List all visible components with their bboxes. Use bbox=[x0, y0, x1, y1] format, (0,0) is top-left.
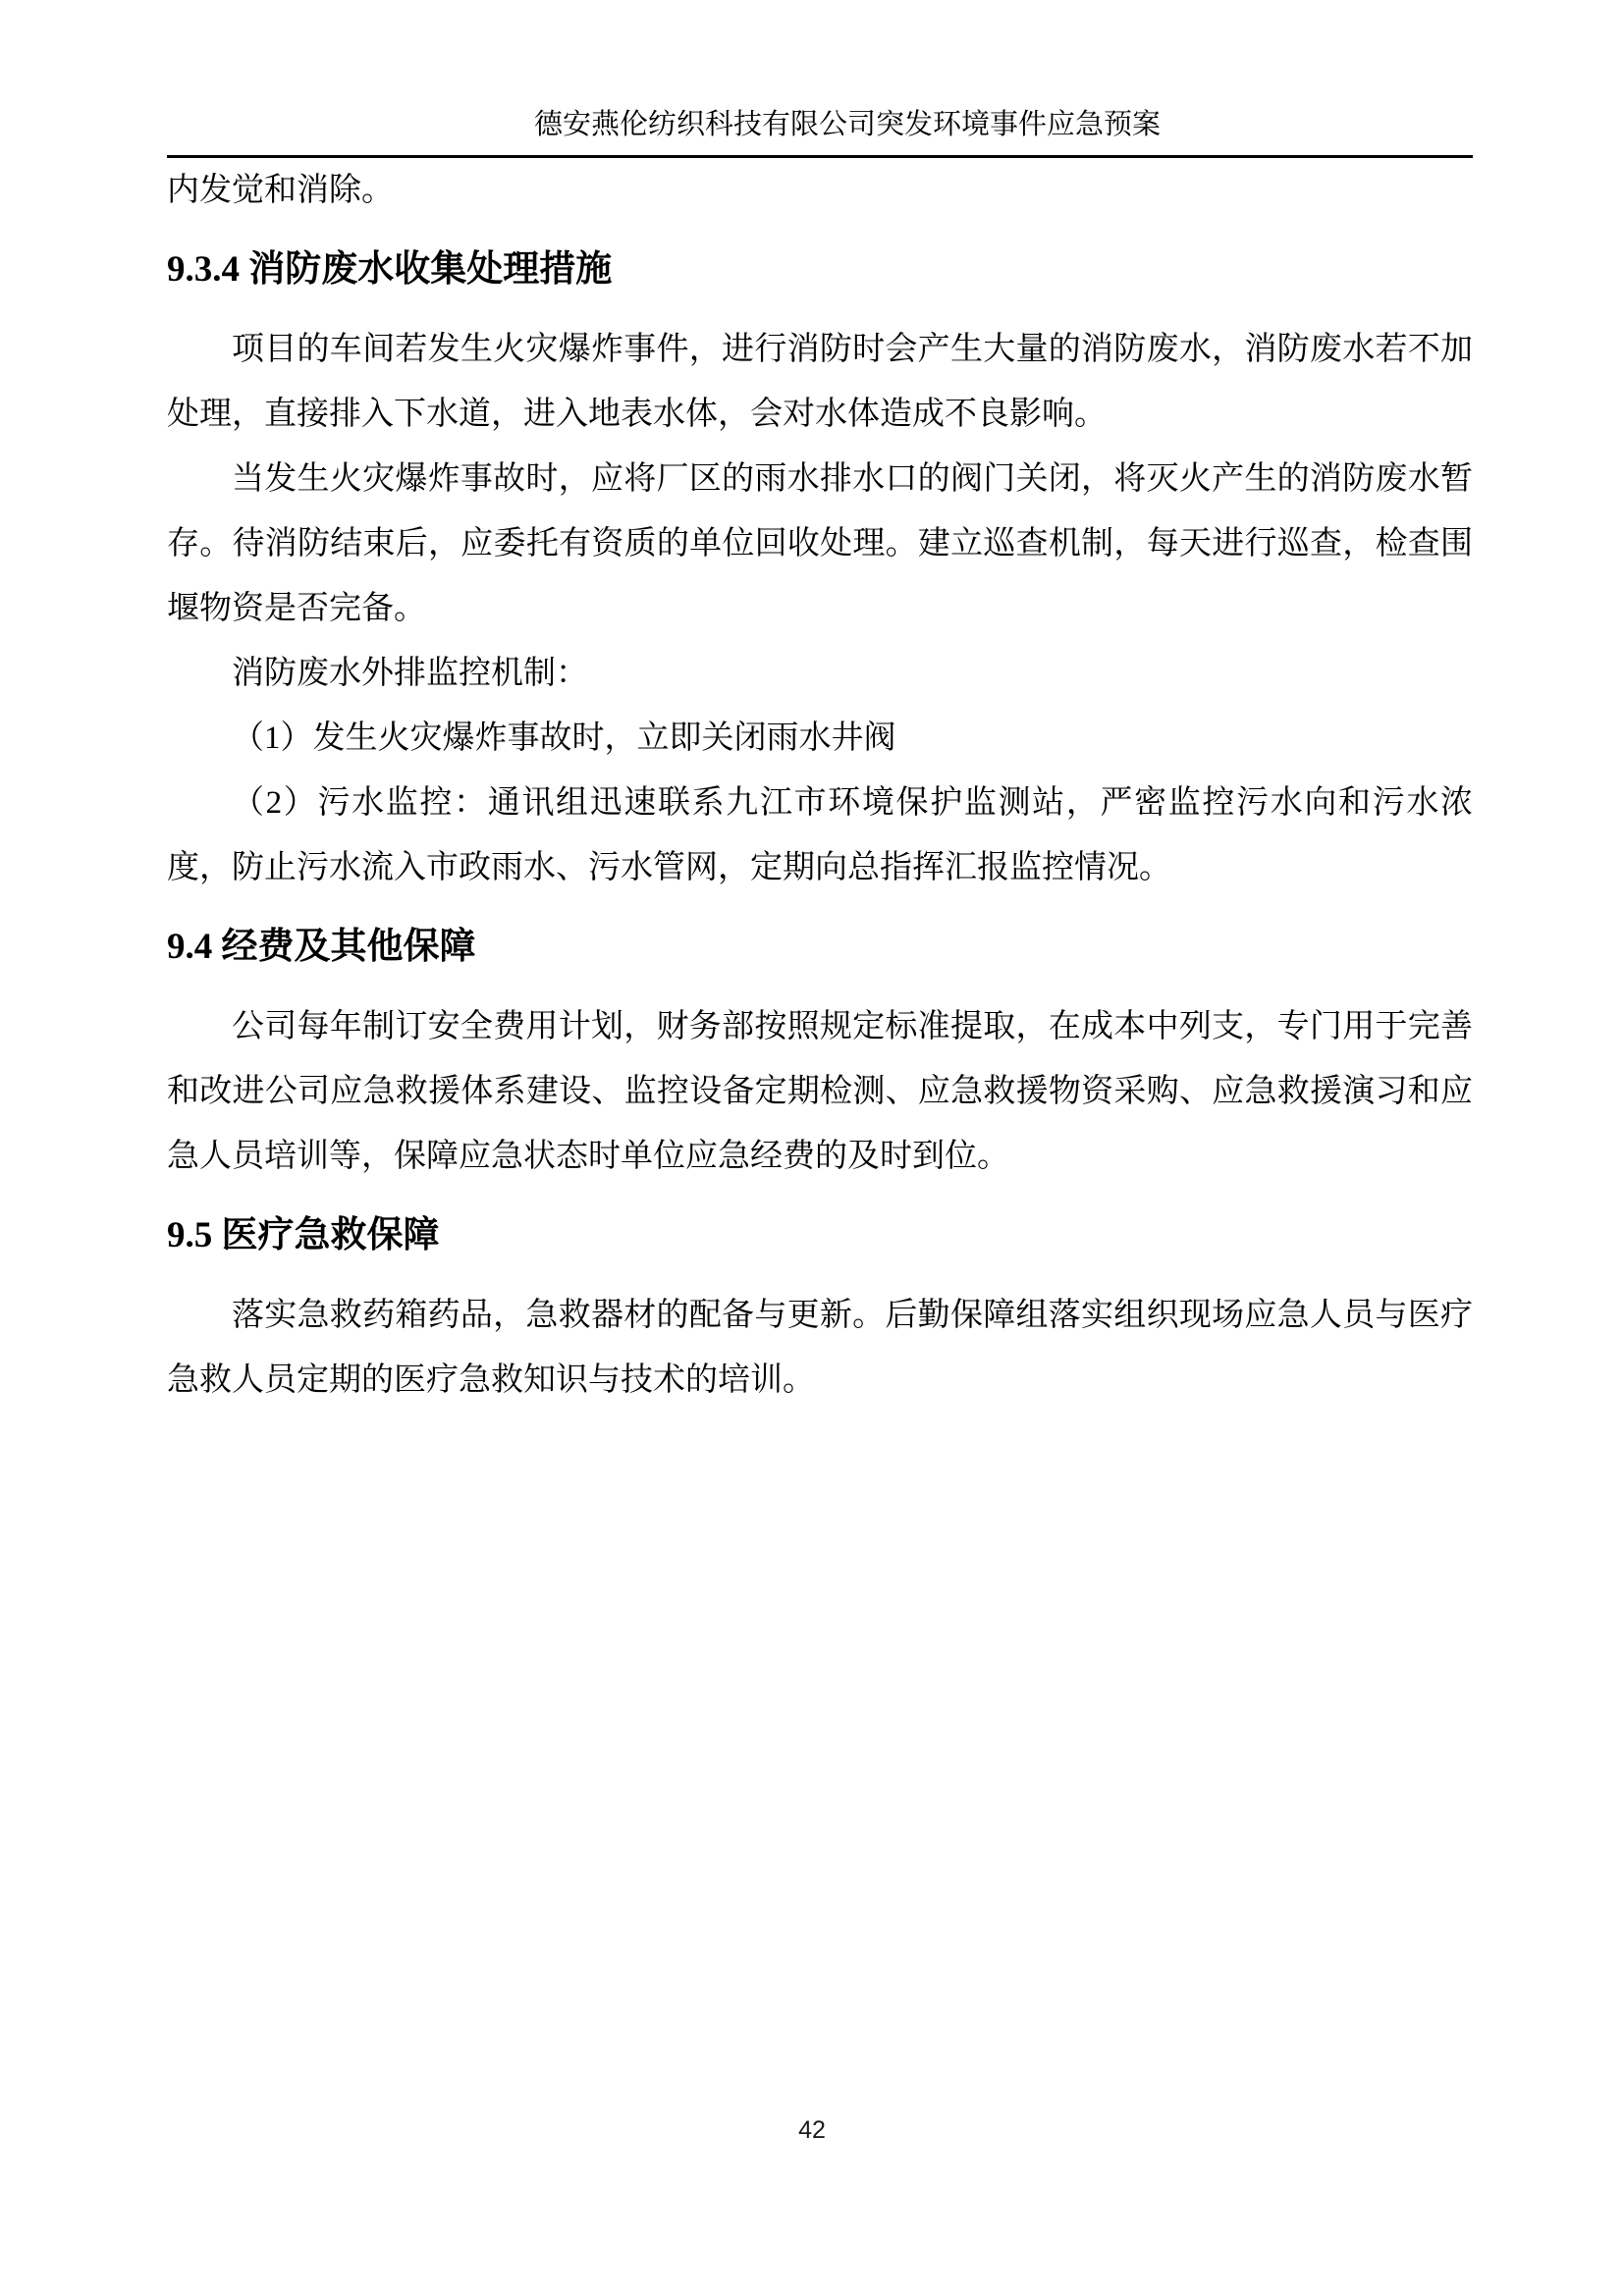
header-title: 德安燕伦纺织科技有限公司突发环境事件应急预案 bbox=[167, 104, 1473, 145]
document-page: 德安燕伦纺织科技有限公司突发环境事件应急预案 内发觉和消除。 9.3.4 消防废… bbox=[0, 0, 1624, 2296]
document-content: 内发觉和消除。 9.3.4 消防废水收集处理措施 项目的车间若发生火灾爆炸事件，… bbox=[167, 158, 1473, 1413]
paragraph-fire-wastewater-impact: 项目的车间若发生火灾爆炸事件，进行消防时会产生大量的消防废水，消防废水若不加处理… bbox=[167, 317, 1473, 447]
paragraph-monitoring-mechanism-intro: 消防废水外排监控机制： bbox=[167, 641, 1473, 706]
continuation-paragraph: 内发觉和消除。 bbox=[167, 158, 1473, 223]
page-header: 德安燕伦纺织科技有限公司突发环境事件应急预案 bbox=[167, 0, 1473, 158]
paragraph-valve-closure-storage: 当发生火灾爆炸事故时，应将厂区的雨水排水口的阀门关闭，将灭火产生的消防废水暂存。… bbox=[167, 447, 1473, 641]
section-heading-9-5: 9.5 医疗急救保障 bbox=[167, 1208, 1473, 1263]
section-heading-9-4: 9.4 经费及其他保障 bbox=[167, 920, 1473, 975]
paragraph-medical-rescue-guarantee: 落实急救药箱药品，急救器材的配备与更新。后勤保障组落实组织现场应急人员与医疗急救… bbox=[167, 1283, 1473, 1413]
list-item-1-close-rain-well-valve: （1）发生火灾爆炸事故时，立即关闭雨水井阀 bbox=[167, 706, 1473, 771]
section-heading-9-3-4: 9.3.4 消防废水收集处理措施 bbox=[167, 242, 1473, 297]
list-item-2-sewage-monitoring: （2）污水监控：通讯组迅速联系九江市环境保护监测站，严密监控污水向和污水浓度，防… bbox=[167, 771, 1473, 900]
page-footer: 42 bbox=[0, 2110, 1624, 2150]
page-number: 42 bbox=[798, 2116, 826, 2144]
paragraph-funding-guarantee: 公司每年制订安全费用计划，财务部按照规定标准提取，在成本中列支，专门用于完善和改… bbox=[167, 994, 1473, 1189]
